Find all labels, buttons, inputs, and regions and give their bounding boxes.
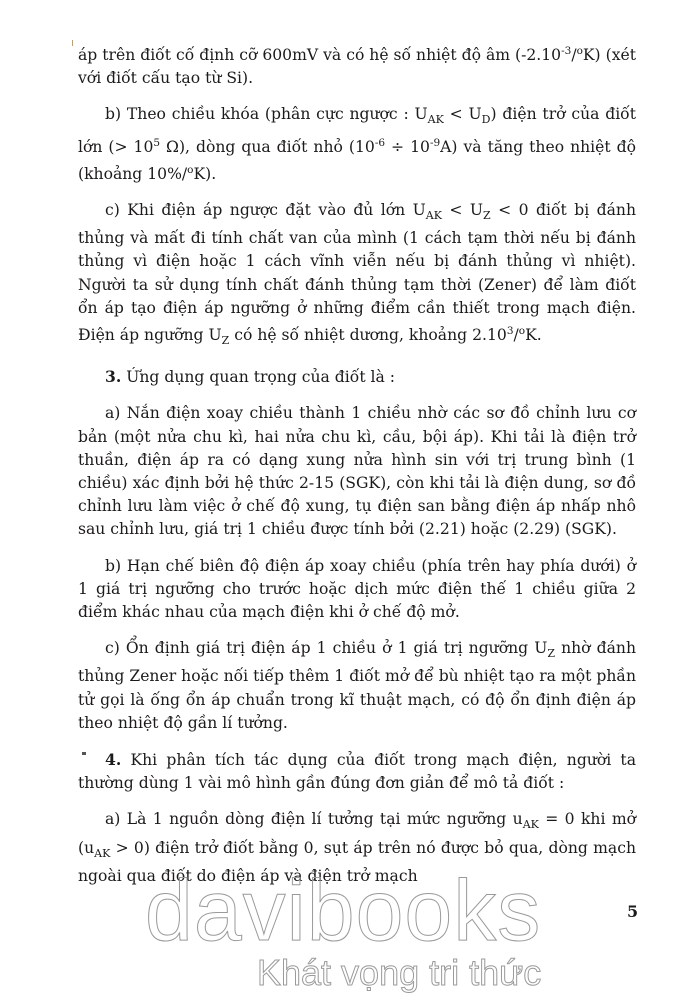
paragraph-p0: áp trên điốt cố định cỡ 600mV và có hệ s… xyxy=(78,40,636,90)
text-run: K. xyxy=(525,326,542,344)
subscript: AK xyxy=(428,113,444,126)
text-run: b) Theo chiều khóa (phân cực ngược : U xyxy=(105,105,428,123)
text-run: có hệ số nhiệt dương, khoảng 2.10 xyxy=(229,326,507,344)
superscript: 3 xyxy=(507,325,514,337)
subscript: AK xyxy=(426,209,442,222)
paragraph-p1: b) Theo chiều khóa (phân cực ngược : UAK… xyxy=(78,103,636,186)
section-number: 4. xyxy=(105,750,121,769)
text-run: < 0 điốt bị đánh thủng và mất đi tính ch… xyxy=(78,201,636,344)
subscript: Z xyxy=(547,647,555,660)
document-page: áp trên điốt cố định cỡ 600mV và có hệ s… xyxy=(78,40,636,901)
text-run: a) Là 1 nguồn dòng điện lí tưởng tại mức… xyxy=(105,810,523,828)
superscript: -9 xyxy=(430,137,440,149)
paragraph-p6: c) Ổn định giá trị điện áp 1 chiều ở 1 g… xyxy=(78,637,636,735)
section-number: 3. xyxy=(105,367,121,386)
text-run: K). xyxy=(193,165,216,183)
text-run: Ứng dụng quan trọng của điốt là : xyxy=(121,368,395,386)
paragraph-p2: c) Khi điện áp ngược đặt vào đủ lớn UAK … xyxy=(78,199,636,352)
text-run: Ω), dòng qua điốt nhỏ (10 xyxy=(160,138,375,156)
text-run: ÷ 10 xyxy=(385,138,430,156)
text-run: Khi phân tích tác dụng của điốt trong mạ… xyxy=(78,751,636,792)
text-run: < U xyxy=(444,105,482,123)
text-run: b) Hạn chế biên độ điện áp xoay chiều (p… xyxy=(78,557,636,621)
page-number: 5 xyxy=(627,902,638,921)
subscript: D xyxy=(482,113,491,126)
text-run: c) Ổn định giá trị điện áp 1 chiều ở 1 g… xyxy=(105,639,547,657)
paragraph-p3: 3. Ứng dụng quan trọng của điốt là : xyxy=(78,365,636,389)
subscript: AK xyxy=(523,818,539,831)
superscript: -3 xyxy=(561,45,571,57)
superscript: -6 xyxy=(375,137,385,149)
subscript: Z xyxy=(483,209,491,222)
scan-speck xyxy=(82,752,86,755)
text-run: < U xyxy=(442,201,483,219)
text-run: c) Khi điện áp ngược đặt vào đủ lớn U xyxy=(105,201,426,219)
watermark-tagline: Khát vọng tri thức xyxy=(257,952,541,994)
watermark-brand: davibooks xyxy=(145,868,541,954)
scan-speck xyxy=(72,40,73,46)
subscript: AK xyxy=(94,847,110,860)
text-run: a) Nắn điện xoay chiều thành 1 chiều nhờ… xyxy=(78,404,636,538)
paragraph-p7: 4. Khi phân tích tác dụng của điốt trong… xyxy=(78,748,636,795)
paragraph-p4: a) Nắn điện xoay chiều thành 1 chiều nhờ… xyxy=(78,402,636,541)
paragraph-p5: b) Hạn chế biên độ điện áp xoay chiều (p… xyxy=(78,555,636,625)
text-run: áp trên điốt cố định cỡ 600mV và có hệ s… xyxy=(78,46,561,64)
